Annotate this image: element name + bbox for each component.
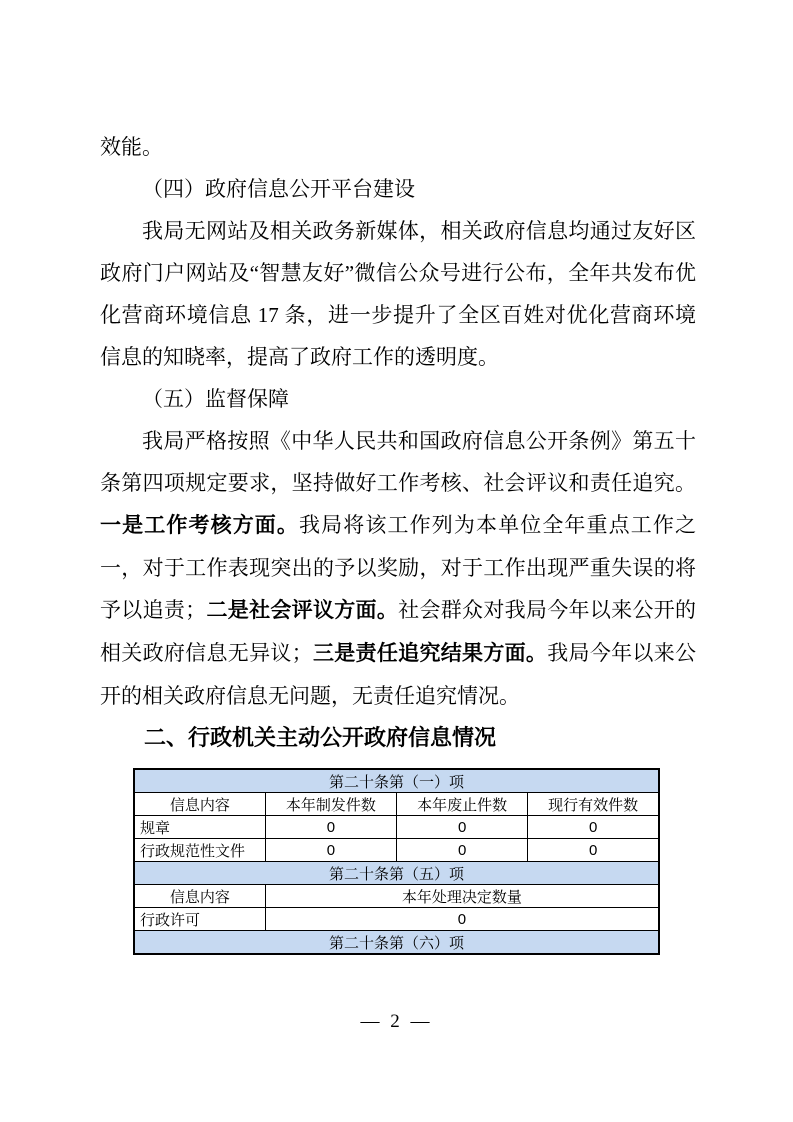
table-header-row: 信息内容本年处理决定数量 (134, 885, 659, 908)
page-number: — 2 — (0, 1011, 793, 1033)
text-run: 我局无网站及相关政务新媒体，相关政府信息均通过友好区政府门户网站及“智慧友好”微… (100, 219, 696, 369)
table-header-row: 信息内容本年制发件数本年废止件数现行有效件数 (134, 793, 659, 816)
table-section-title: 第二十条第（五）项 (134, 862, 659, 885)
emphasis-text-run: 一是工作考核方面。 (100, 514, 299, 537)
emphasis-text-run: 二是社会评议方面。 (206, 599, 398, 622)
emphasis-text-run: 二、行政机关主动公开政府信息情况 (144, 725, 496, 750)
cell-value: 0 (397, 839, 528, 862)
column-header: 本年制发件数 (265, 793, 396, 816)
cell-value: 0 (265, 839, 396, 862)
column-header: 本年处理决定数量 (265, 885, 659, 908)
column-header: 信息内容 (134, 793, 265, 816)
cell-value: 0 (265, 816, 396, 839)
section-heading: 二、行政机关主动公开政府信息情况 (100, 717, 696, 759)
column-header: 现行有效件数 (528, 793, 659, 816)
document-page: 效能。（四）政府信息公开平台建设我局无网站及相关政务新媒体，相关政府信息均通过友… (0, 0, 793, 1122)
text-run: （四）政府信息公开平台建设 (142, 177, 415, 201)
table-section-row: 第二十条第（一）项 (134, 769, 659, 793)
table-section-title: 第二十条第（一）项 (134, 769, 659, 793)
column-header: 本年废止件数 (397, 793, 528, 816)
table-row: 行政规范性文件000 (134, 839, 659, 862)
paragraph: 我局无网站及相关政务新媒体，相关政府信息均通过友好区政府门户网站及“智慧友好”微… (100, 210, 696, 378)
text-run: 效能。 (100, 135, 163, 159)
table-row: 规章000 (134, 816, 659, 839)
cell-value: 0 (528, 816, 659, 839)
emphasis-text-run: 三是责任追究结果方面。 (313, 642, 548, 665)
text-run: 我局严格按照《中华人民共和国政府信息公开条例》第五十条第四项规定要求，坚持做好工… (100, 429, 696, 495)
paragraph: 效能。 (100, 126, 696, 168)
row-label: 行政规范性文件 (134, 839, 265, 862)
table-section-title: 第二十条第（六）项 (134, 931, 659, 955)
row-label: 行政许可 (134, 908, 265, 931)
table-section-row: 第二十条第（六）项 (134, 931, 659, 955)
table-section-row: 第二十条第（五）项 (134, 862, 659, 885)
cell-value: 0 (265, 908, 659, 931)
cell-value: 0 (397, 816, 528, 839)
column-header: 信息内容 (134, 885, 265, 908)
table-row: 行政许可0 (134, 908, 659, 931)
sub-heading: （五）监督保障 (100, 378, 696, 420)
text-run: （五）监督保障 (142, 387, 289, 411)
cell-value: 0 (528, 839, 659, 862)
paragraph: 我局严格按照《中华人民共和国政府信息公开条例》第五十条第四项规定要求，坚持做好工… (100, 420, 696, 717)
document-body: 效能。（四）政府信息公开平台建设我局无网站及相关政务新媒体，相关政府信息均通过友… (0, 0, 793, 759)
row-label: 规章 (134, 816, 265, 839)
sub-heading: （四）政府信息公开平台建设 (100, 168, 696, 210)
disclosure-table: 第二十条第（一）项信息内容本年制发件数本年废止件数现行有效件数规章000行政规范… (133, 768, 660, 955)
